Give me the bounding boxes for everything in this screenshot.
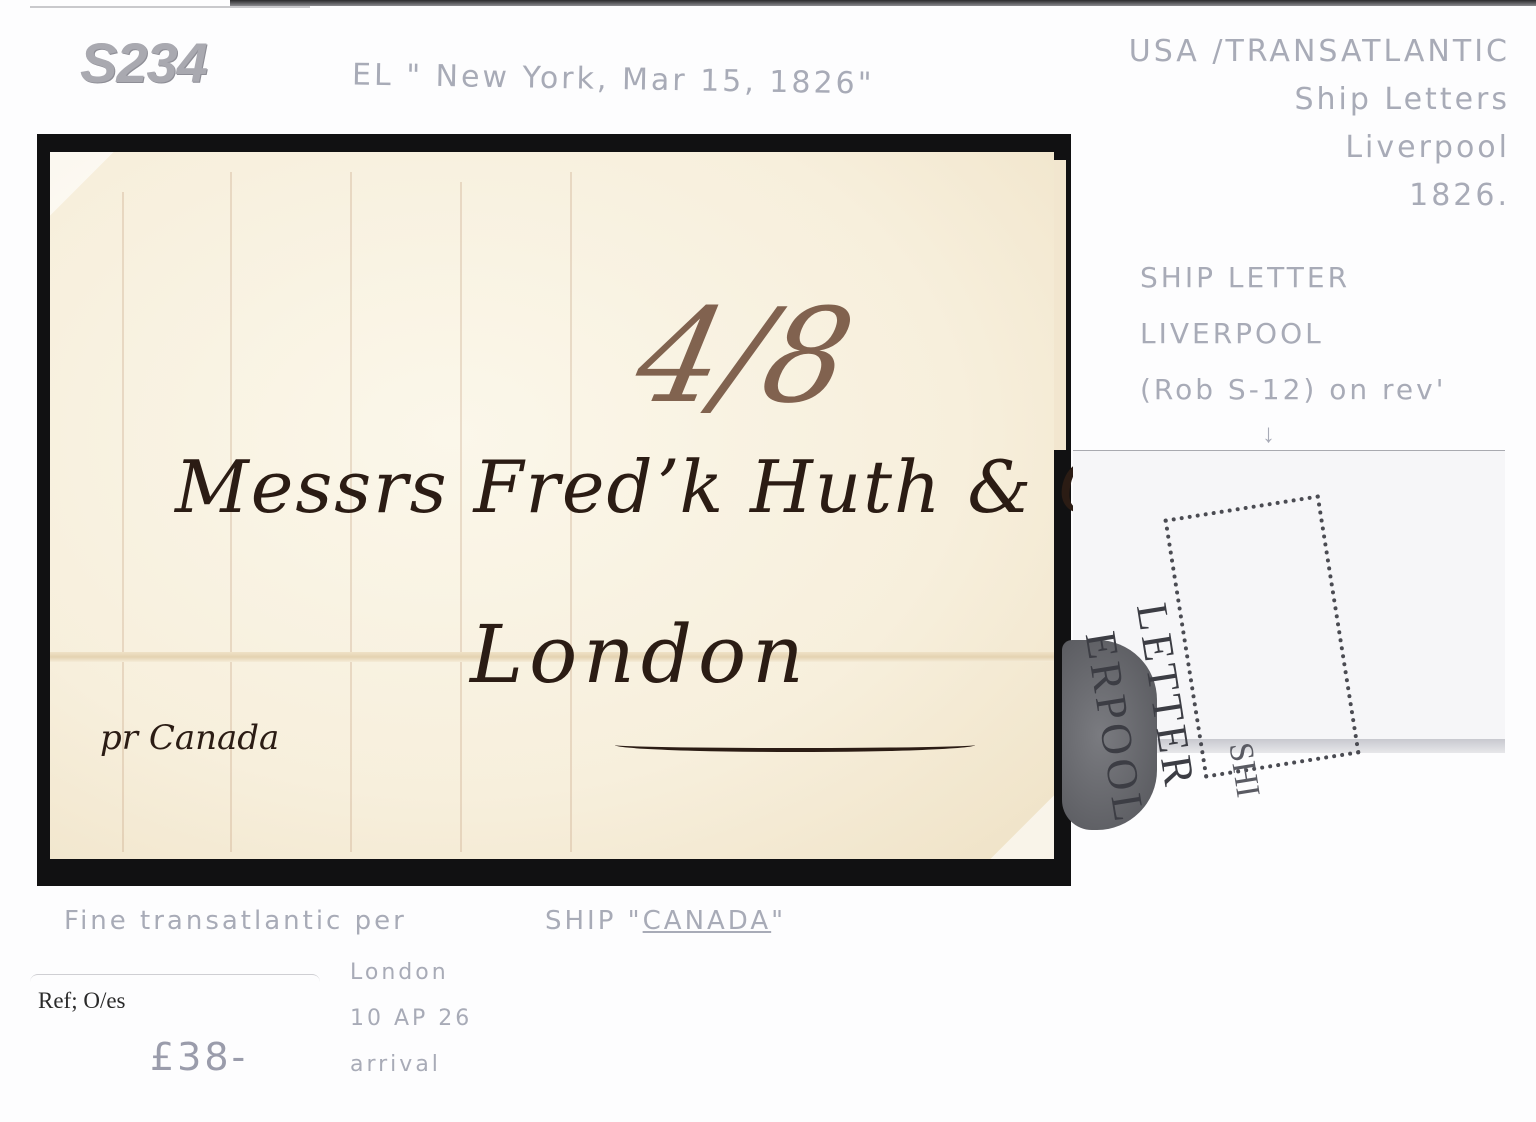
top-border-light [30,6,310,8]
pencil-note-title: USA /TRANSATLANTIC Ship Letters Liverpoo… [1020,28,1510,220]
arrival-line: 10 AP 26 [350,996,472,1042]
mount-corner [990,795,1054,859]
pencil-note-ship-name: SHIP "CANADA" [545,906,786,936]
routing-endorsement: pr Canada [100,718,279,758]
arrival-line: arrival [350,1042,472,1088]
arrival-line: London [350,950,472,996]
title-line: USA /TRANSATLANTIC [1020,28,1510,76]
arrow-down-icon: ↓ [1262,418,1275,449]
title-line: 1826. [1020,172,1510,220]
ship-letter-line: SHIP LETTER [1140,250,1446,306]
pencil-note-description: Fine transatlantic per [64,906,407,936]
reference-label: Ref; O/es [38,988,126,1014]
ship-prefix: SHIP " [545,906,643,936]
pencil-note-ship-letter: SHIP LETTER LIVERPOOL (Rob S-12) on rev' [1140,250,1446,418]
ship-letter-line: LIVERPOOL [1140,306,1446,362]
address-line-1: Messrs Fredʼk Huth & Co [175,445,1161,529]
price: £38- [150,1035,248,1079]
ship-letter-line: (Rob S-12) on rev' [1140,362,1446,418]
stock-code: S234 [80,30,207,95]
rate-marking: 4/8 [624,280,866,432]
ship-suffix: " [771,906,786,936]
pencil-note-header: EL " New York, Mar 15, 1826" [352,57,875,101]
title-line: Liverpool [1020,124,1510,172]
top-border-rule [230,0,1536,6]
address-line-2: London [470,608,810,701]
title-line: Ship Letters [1020,76,1510,124]
pencil-note-arrival: London 10 AP 26 arrival [350,950,472,1088]
mount-corner [50,152,114,216]
underline-flourish [615,738,975,752]
ship-name: CANADA [643,906,772,936]
cover-flap [1052,160,1066,450]
